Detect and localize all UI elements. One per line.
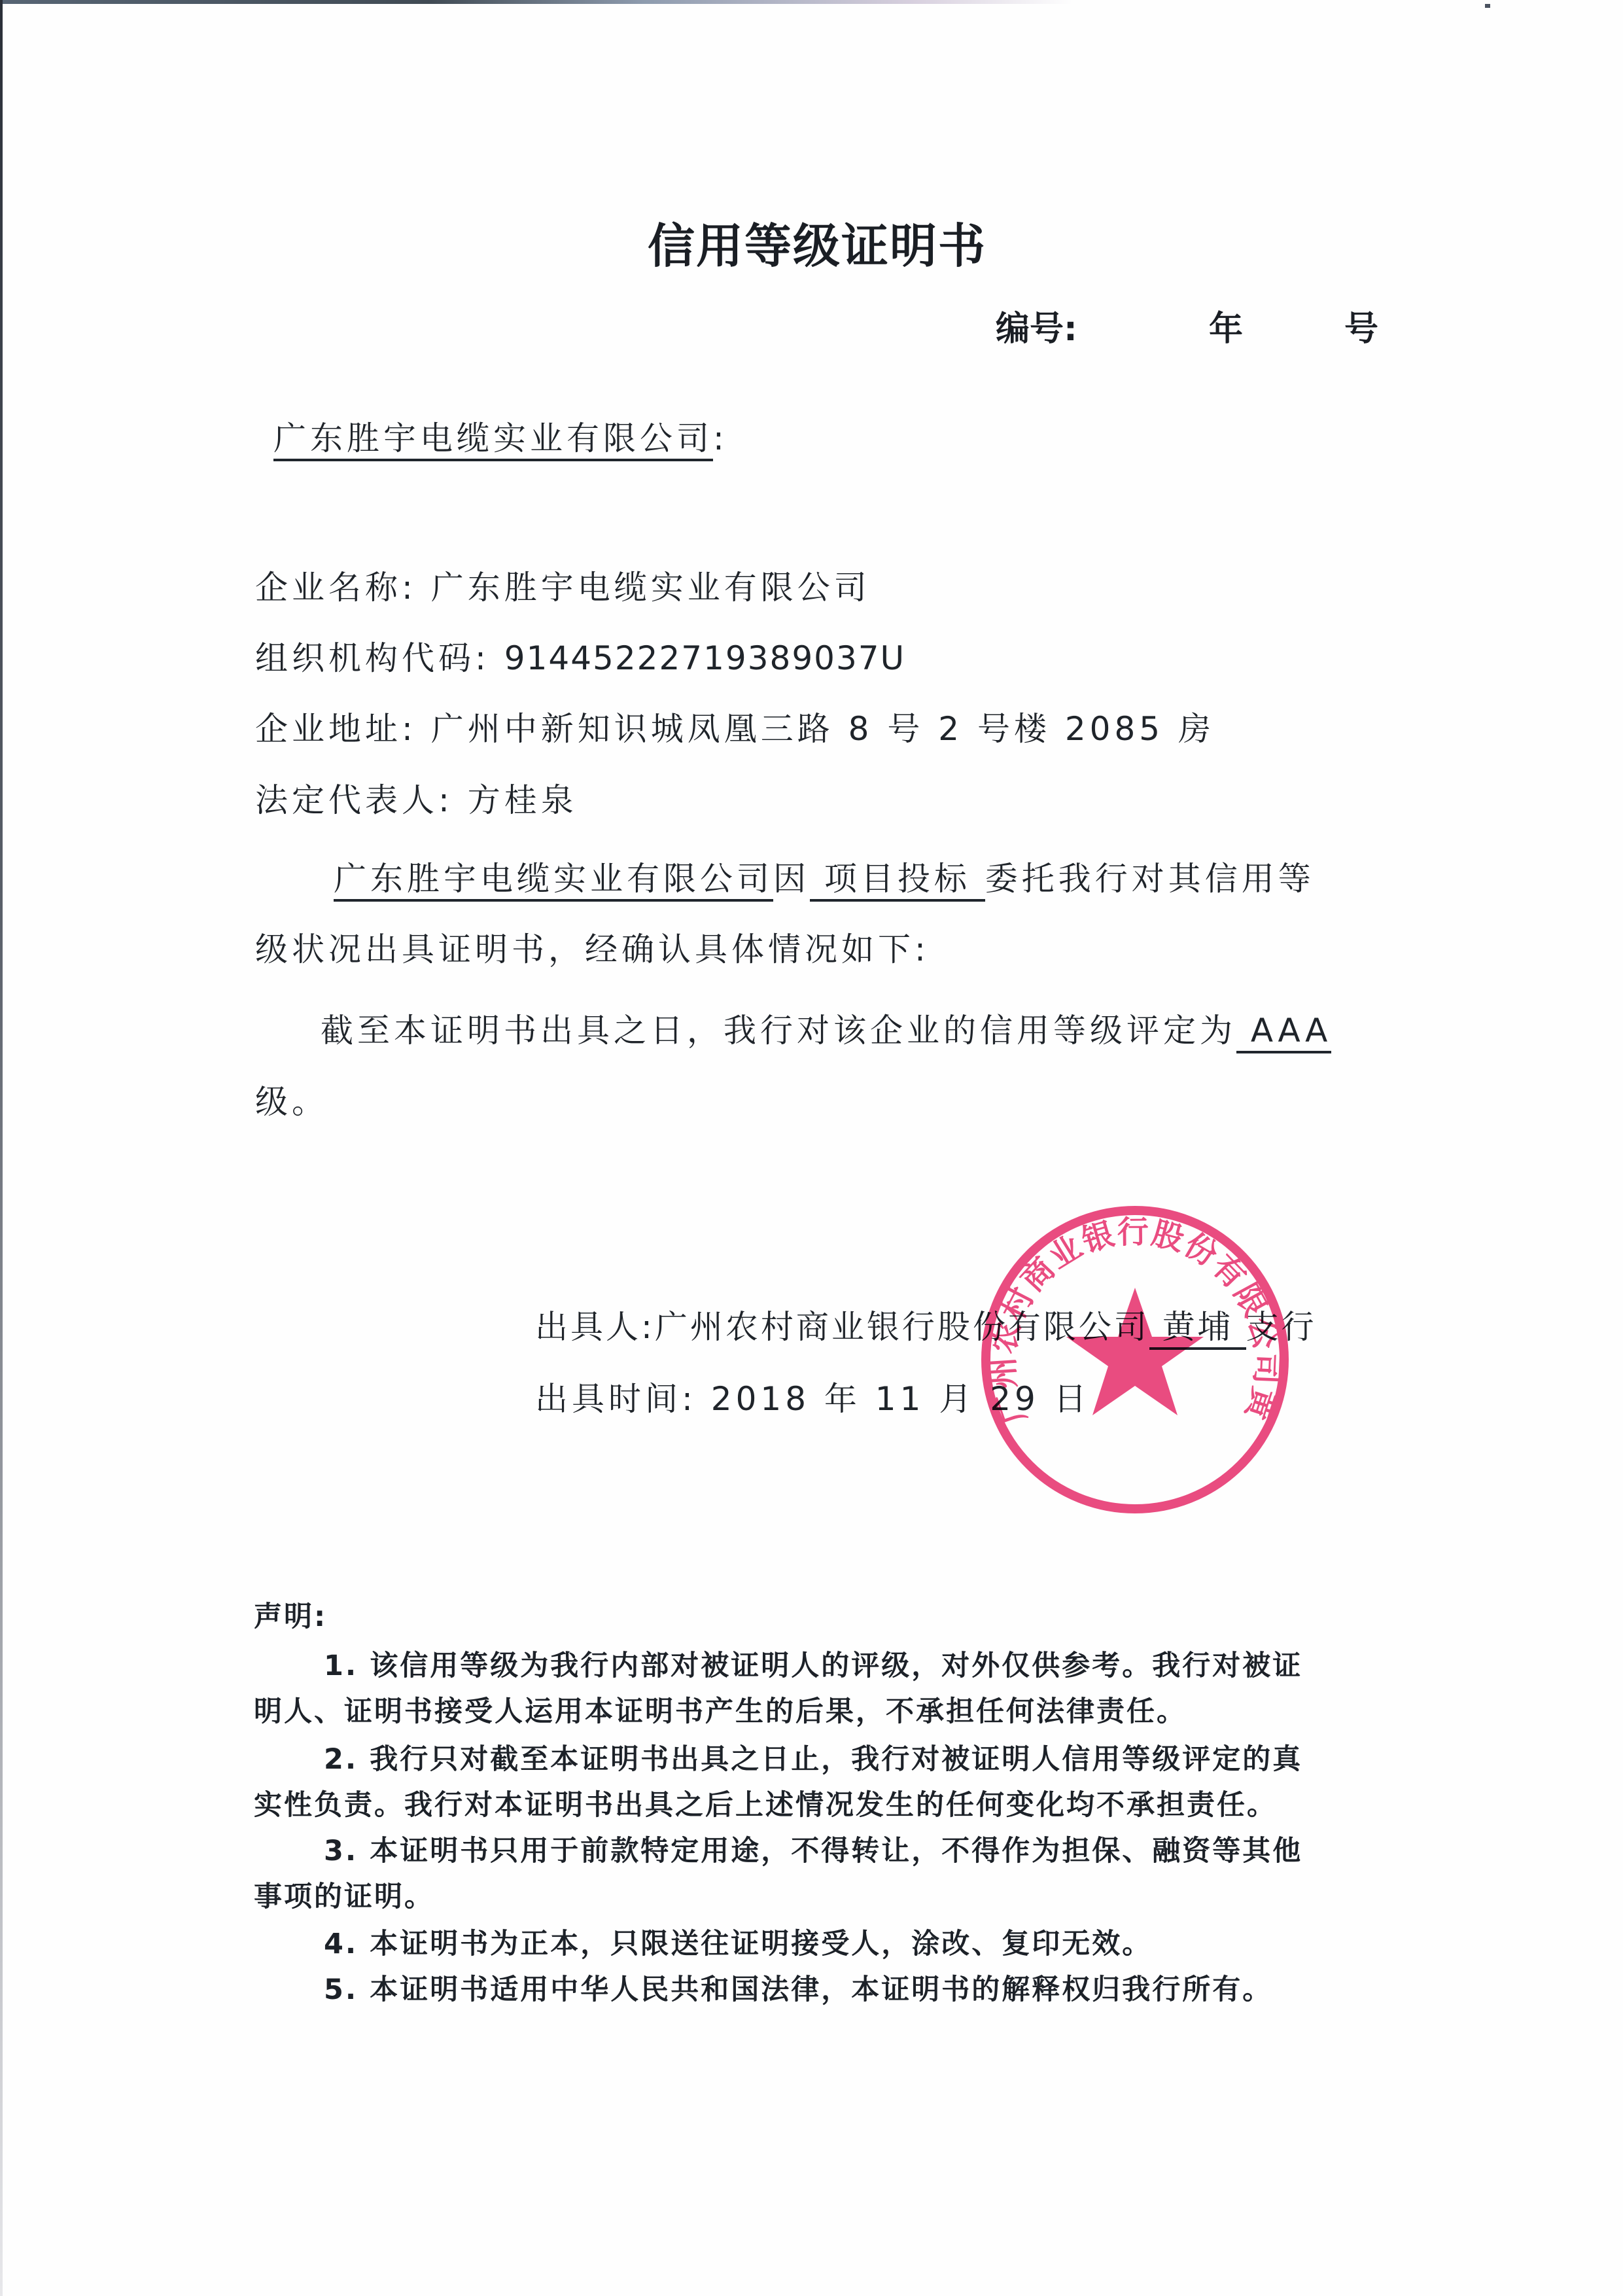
- field-label: 组织机构代码:: [255, 639, 490, 677]
- addressee: 广东胜宇电缆实业有限公司:: [273, 412, 728, 459]
- addressee-colon: :: [713, 419, 728, 457]
- credit-rating: AAA: [1236, 1012, 1331, 1053]
- issuer-label: 出具人:: [535, 1308, 655, 1346]
- field-label: 法定代表人:: [255, 781, 453, 819]
- scan-artifact-top: [0, 0, 1073, 4]
- star-icon: [1066, 1288, 1204, 1415]
- scan-artifact-dot: [1485, 4, 1490, 8]
- field-address: 企业地址: 广州中新知识城凤凰三路 8 号 2 号楼 2085 房: [255, 703, 1215, 750]
- field-label: 企业名称:: [255, 569, 417, 607]
- issue-date-label: 出具时间:: [535, 1380, 697, 1418]
- entrusting-company: 广东胜宇电缆实业有限公司: [334, 860, 773, 902]
- declaration-item-1-line2: 明人、证明书接受人运用本证明书产生的后果，不承担任何法律责任。: [254, 1689, 1187, 1729]
- serial-number-label: 编号:: [996, 301, 1077, 350]
- scan-artifact-left: [0, 0, 3, 2296]
- declaration-item-5: 5. 本证明书适用中华人民共和国法律，本证明书的解释权归我行所有。: [324, 1968, 1272, 2007]
- paragraph-entrust-line1: 广东胜宇电缆实业有限公司因 项目投标 委托我行对其信用等: [334, 853, 1315, 900]
- serial-year-label: 年: [1209, 301, 1243, 350]
- paragraph-rating-line2: 级。: [255, 1076, 328, 1123]
- field-value: 方桂泉: [468, 781, 578, 819]
- field-company-name: 企业名称: 广东胜宇电缆实业有限公司: [255, 561, 871, 609]
- paragraph-rating-line1: 截至本证明书出具之日，我行对该企业的信用等级评定为 AAA: [321, 1004, 1331, 1051]
- field-legal-representative: 法定代表人: 方桂泉: [255, 774, 578, 821]
- field-label: 企业地址:: [255, 710, 417, 748]
- declaration-item-4: 4. 本证明书为正本，只限送往证明接受人，涂改、复印无效。: [324, 1922, 1152, 1962]
- declaration-item-2-line2: 实性负责。我行对本证明书出具之后上述情况发生的任何变化均不承担责任。: [254, 1783, 1277, 1823]
- field-value: 广东胜宇电缆实业有限公司: [431, 569, 871, 607]
- addressee-company: 广东胜宇电缆实业有限公司: [273, 419, 713, 461]
- declaration-item-1-line1: 1. 该信用等级为我行内部对被证明人的评级，对外仅供参考。我行对被证: [324, 1644, 1302, 1684]
- declaration-title: 声明:: [254, 1595, 327, 1634]
- serial-number-suffix: 号: [1344, 301, 1378, 350]
- field-org-code: 组织机构代码: 91445222719389037U: [255, 632, 905, 679]
- declaration-item-3-line2: 事项的证明。: [254, 1875, 434, 1915]
- paragraph-entrust-line2: 级状况出具证明书，经确认具体情况如下:: [255, 923, 930, 970]
- official-seal-stamp: 广州农村商业银行股份有限公司黄埔支行: [978, 1203, 1292, 1517]
- text-entrust-rest: 委托我行对其信用等: [985, 860, 1315, 898]
- field-value: 广州中新知识城凤凰三路 8 号 2 号楼 2085 房: [431, 710, 1215, 748]
- text-because: 因: [773, 860, 810, 898]
- document-page: 信用等级证明书 编号: 年 号 广东胜宇电缆实业有限公司: 企业名称: 广东胜宇…: [0, 0, 1623, 2296]
- field-value: 91445222719389037U: [504, 639, 905, 677]
- purpose: 项目投标: [810, 860, 985, 902]
- document-title: 信用等级证明书: [648, 208, 986, 276]
- text-rating-intro: 截至本证明书出具之日，我行对该企业的信用等级评定为: [321, 1012, 1236, 1050]
- declaration-item-2-line1: 2. 我行只对截至本证明书出具之日止，我行对被证明人信用等级评定的真: [324, 1737, 1302, 1777]
- declaration-item-3-line1: 3. 本证明书只用于前款特定用途，不得转让，不得作为担保、融资等其他: [324, 1829, 1302, 1869]
